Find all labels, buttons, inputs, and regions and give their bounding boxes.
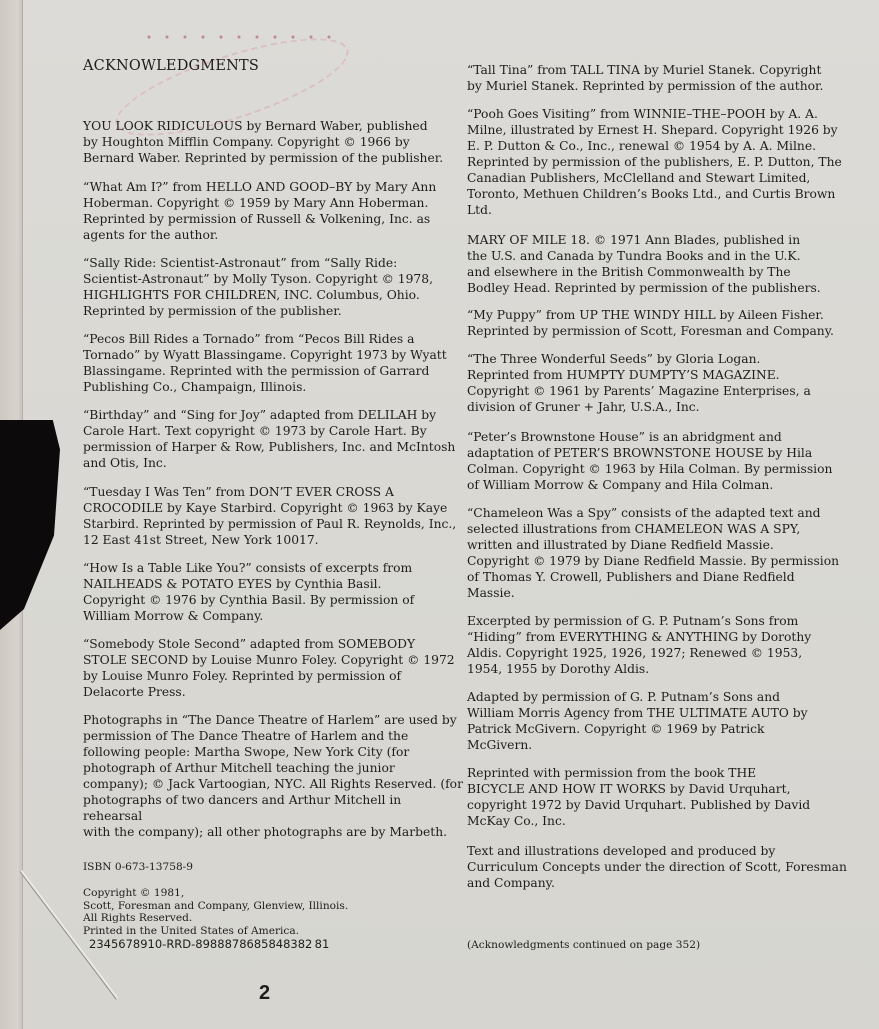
acknowledgment-entry: “Pecos Bill Rides a Tornado” from “Pecos… xyxy=(83,331,447,395)
acknowledgment-entry: “Chameleon Was a Spy” consists of the ad… xyxy=(467,505,839,601)
acknowledgment-entry: “How Is a Table Like You?” consists of e… xyxy=(83,560,414,624)
acknowledgment-entry: “The Three Wonderful Seeds” by Gloria Lo… xyxy=(467,351,811,415)
book-page: ACKNOWLEDGMENTS YOU LOOK RIDICULOUS by B… xyxy=(0,0,879,1029)
acknowledgment-entry: “Pooh Goes Visiting” from WINNIE–THE–POO… xyxy=(467,106,842,218)
acknowledgment-entry: “Peter’s Brownstone House” is an abridgm… xyxy=(467,429,832,493)
print-code: 2345678910-RRD-8988878685848382 81 xyxy=(89,938,329,951)
acknowledgment-entry: “Birthday” and “Sing for Joy” adapted fr… xyxy=(83,407,455,471)
copyright-block: Copyright © 1981, Scott, Foresman and Co… xyxy=(83,887,348,937)
acknowledgment-entry: Adapted by permission of G. P. Putnam’s … xyxy=(467,689,808,753)
acknowledgment-entry: “My Puppy” from UP THE WINDY HILL by Ail… xyxy=(467,307,834,339)
acknowledgment-entry: “What Am I?” from HELLO AND GOOD–BY by M… xyxy=(83,179,436,243)
acknowledgment-entry: Reprinted with permission from the book … xyxy=(467,765,810,829)
acknowledgment-entry: Excerpted by permission of G. P. Putnam’… xyxy=(467,613,811,677)
page-number: 2 xyxy=(259,982,270,1005)
acknowledgment-entry: Photographs in “The Dance Theatre of Har… xyxy=(83,712,463,840)
acknowledgment-entry: “Sally Ride: Scientist-Astronaut” from “… xyxy=(83,255,433,319)
continued-note: (Acknowledgments continued on page 352) xyxy=(467,939,700,952)
dark-tab-shape xyxy=(0,420,60,630)
acknowledgment-entry: “Tall Tina” from TALL TINA by Muriel Sta… xyxy=(467,62,823,94)
acknowledgment-entry: YOU LOOK RIDICULOUS by Bernard Waber, pu… xyxy=(83,118,443,166)
acknowledgment-entry: “Tuesday I Was Ten” from DON’T EVER CROS… xyxy=(83,484,456,548)
isbn-line: ISBN 0-673-13758-9 xyxy=(83,861,193,874)
acknowledgment-entry: “Somebody Stole Second” adapted from SOM… xyxy=(83,636,455,700)
page-heading: ACKNOWLEDGMENTS xyxy=(83,58,259,74)
acknowledgment-entry: MARY OF MILE 18. © 1971 Ann Blades, publ… xyxy=(467,232,821,296)
acknowledgment-entry: Text and illustrations developed and pro… xyxy=(467,843,847,891)
